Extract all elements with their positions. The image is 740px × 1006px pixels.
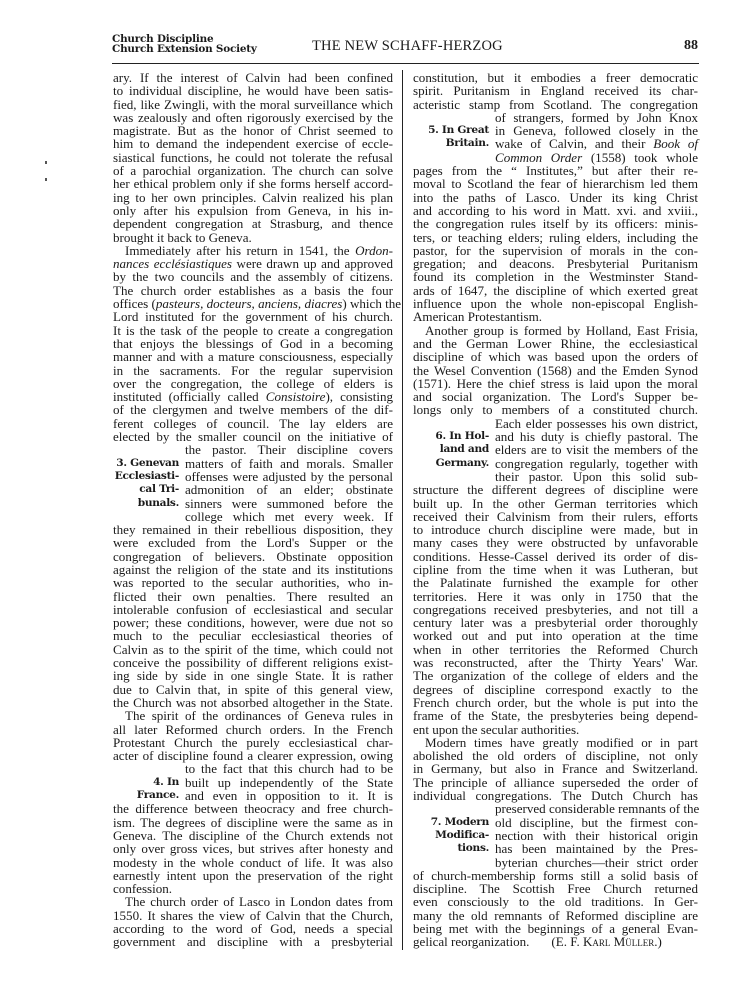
marginal-heading	[413, 111, 495, 124]
text-line: discipline of which was based upon the o…	[413, 350, 698, 363]
marginal-heading	[413, 802, 495, 815]
sidenote-row: preserved considerable remnants of the	[413, 802, 698, 815]
text-line: worked out and put into operation at the…	[413, 629, 698, 642]
text-line: into the paths of Lasco. Under its king …	[413, 191, 698, 204]
text-line: longs only to members of a constituted c…	[413, 403, 698, 416]
text-line: college which met every week. If	[185, 510, 393, 523]
text-line: the pastor. Their discipline covers	[185, 443, 393, 456]
column-divider	[402, 70, 403, 950]
text-line: modesty in the whole conduct of life. It…	[113, 856, 393, 869]
paragraph: ary. If the interest of Calvin had been …	[113, 71, 393, 244]
text-line: when in other territories the Reformed C…	[413, 643, 698, 656]
header-rule	[112, 63, 699, 64]
text-line: fied, like Zwingli, with the moral surve…	[113, 98, 393, 111]
text-line: cipline from the time when it was Luther…	[413, 563, 698, 576]
text-line: was reconstructed, after the Thirty Year…	[413, 656, 698, 669]
scan-speck	[45, 178, 47, 181]
text-line: gregation; and deacons. Presbyterial Pur…	[413, 257, 698, 270]
text-line: ent upon the secular authorities.	[413, 723, 698, 736]
text-line: were excluded from the Lord's Supper or …	[113, 536, 393, 549]
text-line: moval to Scotland the fear of hierarchis…	[413, 177, 698, 190]
document-page: Church Discipline Church Extension Socie…	[0, 0, 740, 1006]
text-line: only over gross vices, but strives after…	[113, 842, 393, 855]
text-line: built up. In the other German territorie…	[413, 497, 698, 510]
sidenote-block-modern-modifications: preserved considerable remnants of the7.…	[413, 802, 698, 868]
sidenote-row: of strangers, formed by John Knox	[413, 111, 698, 124]
text-line: of the clergymen and twelve members of t…	[113, 403, 393, 416]
text-line: of church-membership forms still a solid…	[413, 869, 698, 882]
text-line: the Wesel Convention (1568) and the Emde…	[413, 364, 698, 377]
text-line: and even in opposition to it. It is	[185, 789, 393, 802]
marginal-heading: Ecclesiasti-	[113, 470, 185, 483]
text-line: was reported to the secular authorities,…	[113, 576, 393, 589]
sidenote-block-geneva: the pastor. Their discipline covers3. Ge…	[113, 443, 393, 523]
text-line: spirit. Puritanism in England received i…	[413, 84, 698, 97]
text-line: ary. If the interest of Calvin had been …	[113, 71, 393, 84]
text-line: ards of 1647, the discipline of which ex…	[413, 284, 698, 297]
marginal-heading: 4. In	[113, 776, 185, 789]
text-line: in Germany, but also in France and Switz…	[413, 762, 698, 775]
marginal-heading: Modifica-	[413, 829, 495, 842]
marginal-heading: 7. Modern	[413, 816, 495, 829]
text-line: acter of discipline found a clearer expr…	[113, 749, 393, 762]
text-line: siastical functions, he could not tolera…	[113, 151, 393, 164]
sidenote-row: 5. In Greatin Geneva, followed closely i…	[413, 124, 698, 137]
marginal-heading: cal Tri-	[113, 483, 185, 496]
text-line: pages from the “ Institutes,” but after …	[413, 164, 698, 177]
publication-title: THE NEW SCHAFF-HERZOG	[312, 38, 503, 55]
text-line: discipline. The Scottish Free Church ret…	[413, 882, 698, 895]
text-line: due to Calvin that, in spite of this gen…	[113, 683, 393, 696]
sidenote-row: their pastor. Upon this solid sub-	[413, 470, 698, 483]
text-line: Lord instituted for the government of hi…	[113, 310, 393, 323]
text-line: against the religion of the state and it…	[113, 563, 393, 576]
text-line: constitution, but it embodies a freer de…	[413, 71, 698, 84]
marginal-heading: 3. Genevan	[113, 457, 185, 470]
text-line: old discipline, but the firmest con-	[495, 816, 698, 829]
paragraph: Modern times have greatly modified or in…	[413, 736, 698, 802]
paragraph-continuation: pages from the “ Institutes,” but after …	[413, 164, 698, 324]
text-line: nection with their historical origin	[495, 829, 698, 842]
sidenote-row: to the fact that this church had to be	[113, 762, 393, 775]
sidenote-row: land andelders are to visit the members …	[413, 443, 698, 456]
marginal-heading	[113, 443, 185, 456]
text-line: ters, or teaching elders; ruling elders,…	[413, 231, 698, 244]
text-line: and according to his word in Matt. xvi. …	[413, 204, 698, 217]
text-line: Another group is formed by Holland, East…	[413, 324, 698, 337]
text-line: preserved considerable remnants of the	[495, 802, 699, 815]
text-line: Calvin as to the spirit of the time, whi…	[113, 643, 393, 656]
text-line: Common Order (1558) took whole	[495, 151, 698, 164]
running-head: Church Discipline Church Extension Socie…	[112, 34, 698, 64]
text-line: (1571). Here the chief stress is laid up…	[413, 377, 698, 390]
text-line: over the congregation, the college of el…	[113, 377, 393, 390]
author-signature: (E. F. Karl Müller.)	[551, 934, 661, 949]
text-line: received their Calvinism from their rule…	[413, 510, 698, 523]
text-line: instituted (officially called Consistoir…	[113, 390, 393, 403]
marginal-heading: bunals.	[113, 497, 185, 510]
text-line: wake of Calvin, and their Book of	[495, 137, 698, 150]
text-line: elected by the smaller council on the in…	[113, 430, 393, 443]
text-line: they remained in their rebellious dispos…	[113, 523, 393, 536]
text-line: the Church was not absorbed altogether i…	[113, 696, 393, 709]
text-line: The spirit of the ordinances of Geneva r…	[113, 709, 393, 722]
sidenote-row: Common Order (1558) took whole	[413, 151, 698, 164]
text-line: acteristic stamp from Scotland. The cong…	[413, 98, 698, 111]
text-line: to introduce church discipline were made…	[413, 523, 698, 536]
text-line: The organization of the college of elder…	[413, 669, 698, 682]
text-line: him to demand the independent exercise o…	[113, 137, 393, 150]
text-line: The church order of Lasco in London date…	[113, 895, 393, 908]
text-line: manner and with a mature consciousness, …	[113, 350, 393, 363]
text-line: byterian churches—their strict order	[495, 856, 698, 869]
marginal-heading: 5. In Great	[413, 124, 495, 137]
text-line: frame of the State, the presbyteries bei…	[413, 709, 698, 722]
text-line: built up independently of the State	[185, 776, 393, 789]
text-line: in Geneva, followed closely in the	[495, 124, 698, 137]
text-line: brought it back to Geneva.	[113, 231, 393, 244]
page-number: 88	[684, 38, 698, 54]
text-line: The church order establishes as a basis …	[113, 284, 393, 297]
text-line: much to the peculiar ecclesiastical theo…	[113, 629, 393, 642]
text-line: even consciously to the old traditions. …	[413, 895, 698, 908]
text-line: Protestant Church the purely ecclesiasti…	[113, 736, 393, 749]
text-line: matters of faith and morals. Smaller	[185, 457, 393, 470]
sidenote-row: 7. Modernold discipline, but the firmest…	[413, 816, 698, 829]
marginal-heading: France.	[113, 789, 185, 802]
text-line: degrees of discipline correspond exactly…	[413, 683, 698, 696]
marginal-heading: tions.	[413, 842, 495, 855]
text-line: that enjoys the blessings of God in a be…	[113, 337, 393, 350]
text-line: territories. Here it was only in 1750 th…	[413, 590, 698, 603]
marginal-heading	[413, 417, 495, 430]
text-line: only after his expulsion from Geneva, in…	[113, 204, 393, 217]
text-line: century later was a presbyterial order t…	[413, 616, 698, 629]
paragraph: The church order of Lasco in London date…	[113, 895, 393, 948]
marginal-heading	[413, 151, 495, 164]
text-line: government and discipline with a presbyt…	[113, 935, 393, 948]
marginal-heading	[113, 762, 185, 775]
text-line: ing side by side in one single State. It…	[113, 669, 393, 682]
sidenote-row: college which met every week. If	[113, 510, 393, 523]
text-line: the difference between theocracy and fre…	[113, 802, 393, 815]
text-line: all later Reformed church orders. In the…	[113, 723, 393, 736]
marginal-heading: Germany.	[413, 457, 495, 470]
text-line: Each elder possesses his own district,	[495, 417, 698, 430]
text-line: congregation regularly, together with	[495, 457, 698, 470]
text-line: conditions. Hesse-Cassel derived its ord…	[413, 550, 698, 563]
text-line: found its completion in the Westminster …	[413, 270, 698, 283]
text-line: Modern times have greatly modified or in…	[413, 736, 698, 749]
sidenote-row: tions.has been maintained by the Pres-	[413, 842, 698, 855]
sidenote-row: cal Tri-admonition of an elder; obstinat…	[113, 483, 393, 496]
sidenote-row: 6. In Hol-and his duty is chiefly pastor…	[413, 430, 698, 443]
marginal-heading: Britain.	[413, 137, 495, 150]
text-line: elders are to visit the members of the	[495, 443, 698, 456]
sidenote-block-holland-germany: Each elder possesses his own district,6.…	[413, 417, 698, 483]
text-line: structure the different degrees of disci…	[413, 483, 698, 496]
text-line: abolished the old orders of discipline, …	[413, 749, 698, 762]
text-line: nances ecclésiastiques were drawn up and…	[113, 257, 393, 270]
sidenote-block-france: to the fact that this church had to be4.…	[113, 762, 393, 802]
text-line: the Palatinate furnished the example for…	[413, 576, 698, 589]
paragraph-continuation: they remained in their rebellious dispos…	[113, 523, 393, 709]
marginal-heading	[113, 510, 185, 523]
text-line: confession.	[113, 882, 393, 895]
sidenote-row: Ecclesiasti-offenses were adjusted by th…	[113, 470, 393, 483]
text-line: according to the word of God, needs a sp…	[113, 922, 393, 935]
sidenote-row: 3. Genevanmatters of faith and morals. S…	[113, 457, 393, 470]
sidenote-row: Germany.congregation regularly, together…	[413, 457, 698, 470]
sidenote-row: bunals.sinners were summoned before the	[113, 497, 393, 510]
text-line: was zealously and often rigorously exerc…	[113, 111, 393, 124]
text-line: congregations received presbyteries, and…	[413, 603, 698, 616]
catchword-last: Church Extension Society	[112, 44, 257, 54]
text-line: conceive the possibility of different re…	[113, 656, 393, 669]
text-line: and his duty is chiefly pastoral. The	[495, 430, 698, 443]
text-line: to individual discipline, he would have …	[113, 84, 393, 97]
text-line: in the sacraments. For the regular super…	[113, 364, 393, 377]
text-line: ism. The degrees of discipline were the …	[113, 816, 393, 829]
text-line: It is the task of the people to create a…	[113, 324, 393, 337]
text-line: being met with the beginnings of a gener…	[413, 922, 698, 935]
marginal-heading	[413, 856, 495, 869]
text-line: their pastor. Upon this solid sub-	[495, 470, 698, 483]
sidenote-row: France.and even in opposition to it. It …	[113, 789, 393, 802]
marginal-heading	[413, 470, 495, 483]
right-column: constitution, but it embodies a freer de…	[413, 71, 698, 949]
text-line: flicted their own penalties. There resul…	[113, 590, 393, 603]
text-line: Geneva. The discipline of the Church ext…	[113, 829, 393, 842]
text-line: offices (pasteurs, docteurs, anciens, di…	[113, 297, 393, 310]
text-line: Immediately after his return in 1541, th…	[113, 244, 393, 257]
text-line: and social organization. The Lord's Supp…	[413, 390, 698, 403]
text-line: ferent colleges of council. The lay elde…	[113, 417, 393, 430]
paragraph: The spirit of the ordinances of Geneva r…	[113, 709, 393, 762]
sidenote-row: Britain.wake of Calvin, and their Book o…	[413, 137, 698, 150]
text-line: 1550. It shares the view of Calvin that …	[113, 909, 393, 922]
text-line: influence upon the whole non-episcopal E…	[413, 297, 698, 310]
paragraph-continuation: structure the different degrees of disci…	[413, 483, 698, 736]
marginal-heading: 6. In Hol-	[413, 430, 495, 443]
text-line: earnestly intent upon the preservation o…	[113, 869, 393, 882]
text-line: French church order, but the whole is pu…	[413, 696, 698, 709]
text-line: to the fact that this church had to be	[185, 762, 393, 775]
text-line: the congregation rules itself by its off…	[413, 217, 698, 230]
sidenote-row: the pastor. Their discipline covers	[113, 443, 393, 456]
text-line: magistrate. But as the honor of Christ s…	[113, 124, 393, 137]
text-line: dependent congregation at Strasburg, and…	[113, 217, 393, 230]
text-line: her ethical problem only if she forms he…	[113, 177, 393, 190]
sidenote-row: byterian churches—their strict order	[413, 856, 698, 869]
section-catchwords: Church Discipline Church Extension Socie…	[112, 34, 257, 55]
text-line: and the German Lower Rhine, the ecclesia…	[413, 337, 698, 350]
text-line: has been maintained by the Pres-	[495, 842, 698, 855]
text-line: intolerable confusion of ecclesiastical …	[113, 603, 393, 616]
text-line: The principle of alliance superseded the…	[413, 776, 698, 789]
text-line: offenses were adjusted by the personal	[185, 470, 393, 483]
text-line: power; these conditions, however, were d…	[113, 616, 393, 629]
text-line: by the two councils and the assembly of …	[113, 270, 393, 283]
text-line: admonition of an elder; obstinate	[185, 483, 393, 496]
marginal-heading: land and	[413, 443, 495, 456]
text-line: of strangers, formed by John Knox	[495, 111, 698, 124]
text-line: of a parochial organization. The church …	[113, 164, 393, 177]
sidenote-row: Modifica-nection with their historical o…	[413, 829, 698, 842]
sidenote-block-great-britain: of strangers, formed by John Knox5. In G…	[413, 111, 698, 164]
text-line: ing to her own principles. Calvin realiz…	[113, 191, 393, 204]
paragraph-continuation: of church-membership forms still a solid…	[413, 869, 698, 949]
text-line: many the old remnants of Reformed discip…	[413, 909, 698, 922]
left-column: ary. If the interest of Calvin had been …	[113, 71, 393, 949]
scan-speck	[45, 161, 47, 164]
paragraph: Another group is formed by Holland, East…	[413, 324, 698, 417]
paragraph: constitution, but it embodies a freer de…	[413, 71, 698, 111]
sidenote-row: 4. Inbuilt up independently of the State	[113, 776, 393, 789]
sidenote-row: Each elder possesses his own district,	[413, 417, 698, 430]
text-line: many cases they were obstructed by unfav…	[413, 536, 698, 549]
text-line: congregation of believers. Obstinate opp…	[113, 550, 393, 563]
text-line: gelical reorganization.(E. F. Karl Mülle…	[413, 935, 698, 948]
text-line: individual congregations. The Dutch Chur…	[413, 789, 698, 802]
paragraph-continuation: the difference between theocracy and fre…	[113, 802, 393, 895]
text-line: American Protestantism.	[413, 310, 698, 323]
paragraph: Immediately after his return in 1541, th…	[113, 244, 393, 443]
text-line: sinners were summoned before the	[185, 497, 393, 510]
text-line: pastor, for the supervision of morals in…	[413, 244, 698, 257]
